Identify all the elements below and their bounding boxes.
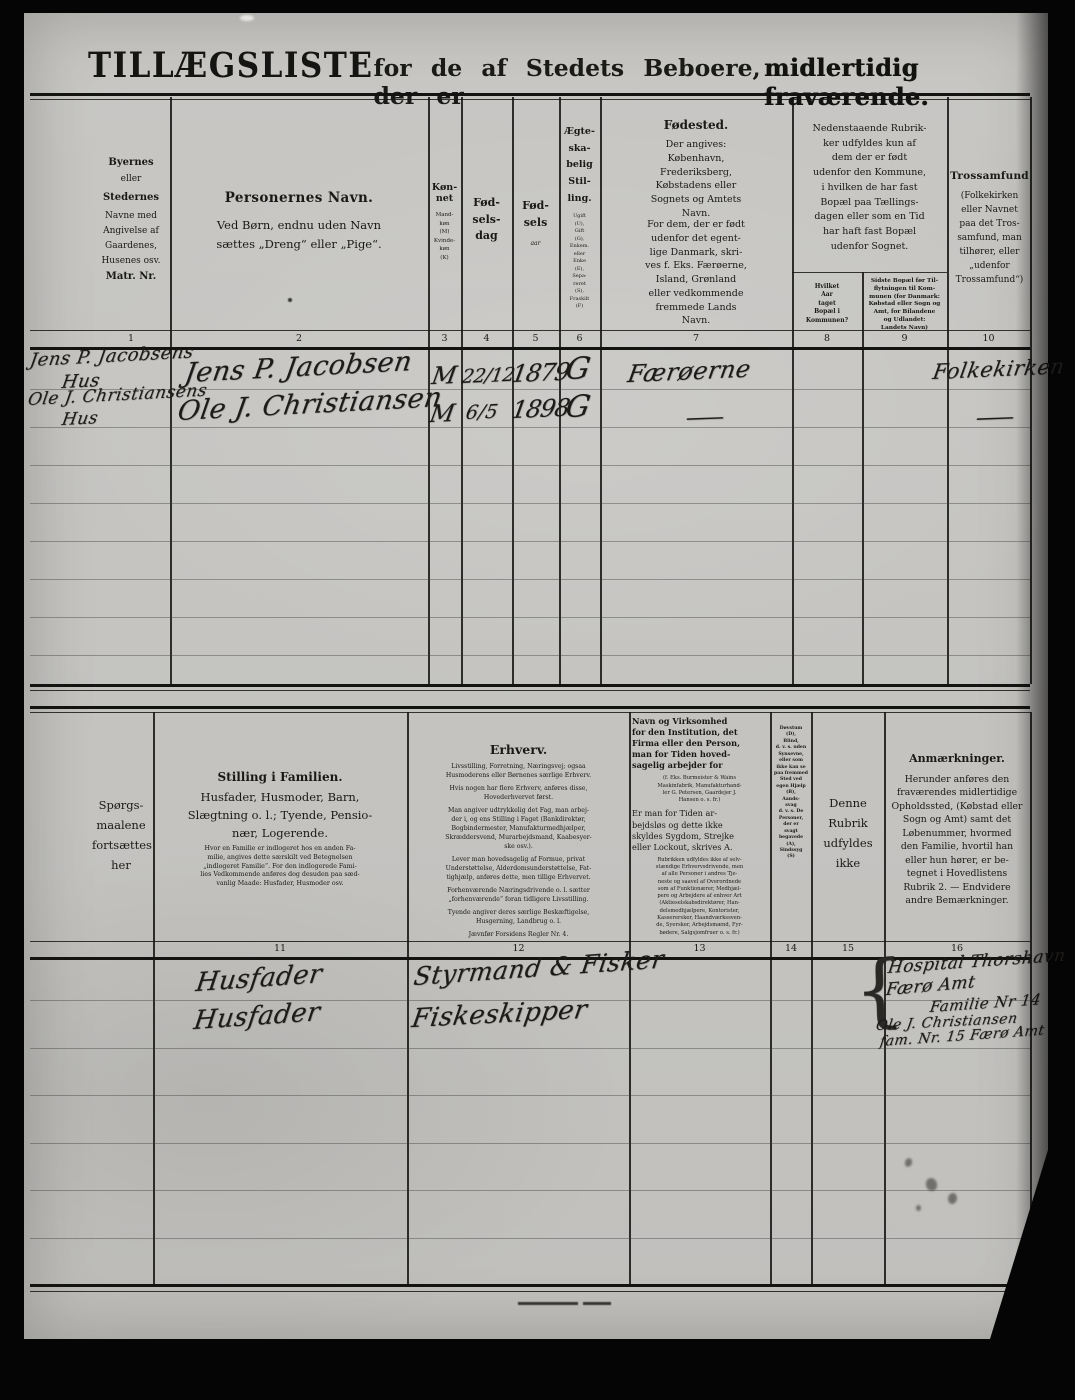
- t2-col11-body: Husfader, Husmoder, Barn, Slægtning o. l…: [160, 789, 400, 842]
- hw-row2-faith-ditto: —: [975, 405, 1016, 431]
- t2-col13-mid: Er man for Tiden ar- bejdsløs og dette i…: [632, 808, 767, 852]
- t1-row-line: [30, 465, 1030, 466]
- ink-smudge: [916, 1205, 921, 1211]
- t2-col13-small1: (f. Eks. Burmeister & Wains Maskinfabrik…: [632, 775, 767, 804]
- t1-col1-header-matrnr: Matr. Nr.: [92, 270, 170, 283]
- t2-col12-p4: Lever man hovedsagelig af Formue, privat…: [412, 856, 625, 883]
- t2-column-line: [811, 712, 813, 1284]
- t2-column-line: [629, 712, 631, 1284]
- t2-col12-title: Erhverv.: [412, 742, 625, 758]
- t2-col12-p3: Man angiver udtrykkelig det Fag, man arb…: [412, 807, 625, 852]
- t1-row-line: [30, 579, 1030, 580]
- t1-colnum-7: 7: [604, 333, 788, 345]
- t2-col12-p5: Forhenværende Næringsdrivende o. l. sætt…: [412, 887, 625, 905]
- t1-colnum-8: 8: [792, 333, 862, 345]
- t1-row-line: [30, 427, 1030, 428]
- t1-col7-header-p2: For dem, der er født udenfor det egent- …: [604, 218, 788, 328]
- hw-row2-birthplace-ditto: —: [685, 405, 726, 431]
- t1-column-line: [512, 97, 514, 684]
- t2-side-label: Spørgs- maalene fortsættes her: [92, 795, 150, 876]
- t2-col14-text: Døvstum (D), Blind, d. v. s. uden Synsev…: [772, 726, 810, 861]
- title-rule-thin: [30, 99, 1030, 100]
- t1-column-line: [947, 97, 949, 684]
- t1-colnum-4: 4: [461, 333, 512, 345]
- t1-column-line: [461, 97, 463, 684]
- t2-column-line: [153, 712, 155, 1284]
- t1-col2-header-title: Personernes Navn.: [175, 190, 423, 208]
- t1-col4-header-title: Fød- sels- dag: [461, 195, 512, 245]
- t2-colnum-14: 14: [772, 943, 810, 955]
- hw-row2-sex: M: [428, 399, 458, 428]
- t1-bottom-rule-heavy: [30, 684, 1030, 687]
- hw-row1-birthday: 22/12: [460, 364, 516, 388]
- t2-bottom-rule-thin: [30, 1291, 1030, 1292]
- hw-row2-place-line2: Hus: [60, 408, 99, 430]
- t1-col1-header-stedernes: Stedernes: [92, 191, 170, 204]
- t2-top-rule-heavy: [30, 706, 1030, 709]
- t2-top-rule-thin: [30, 712, 1030, 713]
- t2-col11-note: Hvor en Familie er indlogeret hos en and…: [160, 845, 400, 889]
- t1-column-line: [600, 97, 602, 684]
- title-rule-heavy: [30, 93, 1030, 96]
- t1-row-line: [30, 503, 1030, 504]
- t2-col16-body: Herunder anføres den fraværendes midlert…: [888, 773, 1026, 908]
- t2-col13-lead: Navn og Virksomhed for den Institution, …: [632, 716, 767, 771]
- t1-col3-header-sub: Mand- køn (M) Kvinde- køn (K): [428, 211, 461, 262]
- t2-col12-paragraphs: Livsstilling, Forretning, Næringsvej; og…: [412, 763, 625, 940]
- t2-col16-title: Anmærkninger.: [888, 752, 1026, 766]
- title-main-word: TILLÆGSLISTE: [88, 46, 373, 86]
- t1-colnum-2: 2: [175, 333, 423, 345]
- t2-row-line: [30, 1143, 1030, 1144]
- scanned-census-page: TILLÆGSLISTE for de af Stedets Beboere, …: [0, 0, 1075, 1400]
- t1-col6-header-title: Ægte- ska- belig Stil- ling.: [559, 124, 600, 207]
- t1-subheader-split-line: [792, 272, 947, 273]
- t1-col1-header-eller: eller: [92, 174, 170, 186]
- t1-col5-header-title: Fød- sels: [512, 198, 559, 231]
- t2-row-line: [30, 1238, 1030, 1239]
- t2-col12-p6: Tyende angiver deres særlige Beskæftigel…: [412, 909, 625, 927]
- document-title: TILLÆGSLISTE for de af Stedets Beboere, …: [88, 48, 1022, 111]
- t1-colnum-5: 5: [512, 333, 559, 345]
- title-middle-text: for de af Stedets Beboere, der er: [373, 54, 764, 110]
- title-bold-end: midlertidig fraværende.: [764, 53, 1022, 111]
- t2-col11-title: Stilling i Familien.: [160, 770, 400, 786]
- t2-column-line: [407, 712, 409, 1284]
- t1-col2-header-body: Ved Børn, endnu uden Navn sættes „Dreng“…: [175, 216, 423, 254]
- printer-imprint: [518, 1302, 578, 1305]
- t1-col1-header-byernes: Byernes: [92, 156, 170, 169]
- hw-row2-birthyear: 1898: [510, 393, 572, 424]
- t2-col12-p7: Jævnfør Forsidens Regler Nr. 4.: [412, 931, 625, 940]
- t2-col12-p1: Livsstilling, Forretning, Næringsvej; og…: [412, 763, 625, 781]
- t2-col13-small2: Rubrikken udfyldes ikke af selv- stændig…: [632, 857, 767, 937]
- t1-col8-9-merged-header: Nedenstaaende Rubrik- ker udfyldes kun a…: [796, 122, 943, 254]
- t1-col7-header-title: Fødested.: [604, 118, 788, 134]
- hw-row2-birthday: 6/5: [464, 401, 500, 425]
- t1-col7-header-p1: Der angives: København, Frederiksberg, K…: [604, 138, 788, 221]
- t1-col8-subheader: Hvilket Aar taget Bopæl i Kommunen?: [792, 283, 862, 325]
- hw-row1-birthyear: 1879: [510, 357, 572, 388]
- t2-col15-text: Denne Rubrik udfyldes ikke: [814, 793, 882, 874]
- right-edge-shadow: [1016, 13, 1048, 1339]
- t1-col5-header-sub: aar: [512, 240, 559, 248]
- t1-bottom-rule-thin: [30, 690, 1030, 691]
- t2-colnum-11: 11: [160, 943, 400, 955]
- t1-column-line: [792, 97, 794, 684]
- t2-col13-block: Navn og Virksomhed for den Institution, …: [632, 716, 767, 937]
- t2-row-line: [30, 1190, 1030, 1191]
- printer-imprint: [583, 1302, 611, 1305]
- t1-row-line: [30, 541, 1030, 542]
- t2-col12-p2: Hvis nogen har flere Erhverv, anføres di…: [412, 785, 625, 803]
- t2-bottom-rule-heavy: [30, 1284, 1030, 1287]
- ink-dot: [288, 298, 292, 302]
- t1-col6-header-sub: Ugift (U), Gift (G), Enkem. eller Enke (…: [559, 213, 600, 311]
- t2-row-line: [30, 1095, 1030, 1096]
- t1-col3-header-title: Køn- net: [428, 182, 461, 205]
- t1-col1-header-navne: Navne med Angivelse af Gaardenes, Husene…: [92, 209, 170, 268]
- t1-row-line: [30, 655, 1030, 656]
- t1-colnum-3: 3: [428, 333, 461, 345]
- t1-colnum-6: 6: [559, 333, 600, 345]
- hw-row1-birthplace: Færøerne: [626, 355, 753, 389]
- t1-colnum-9: 9: [862, 333, 947, 345]
- t1-col9-subheader: Sidste Bopæl før Til- flytningen til Kom…: [862, 278, 947, 333]
- t1-row-line: [30, 617, 1030, 618]
- scan-glint: [240, 15, 254, 21]
